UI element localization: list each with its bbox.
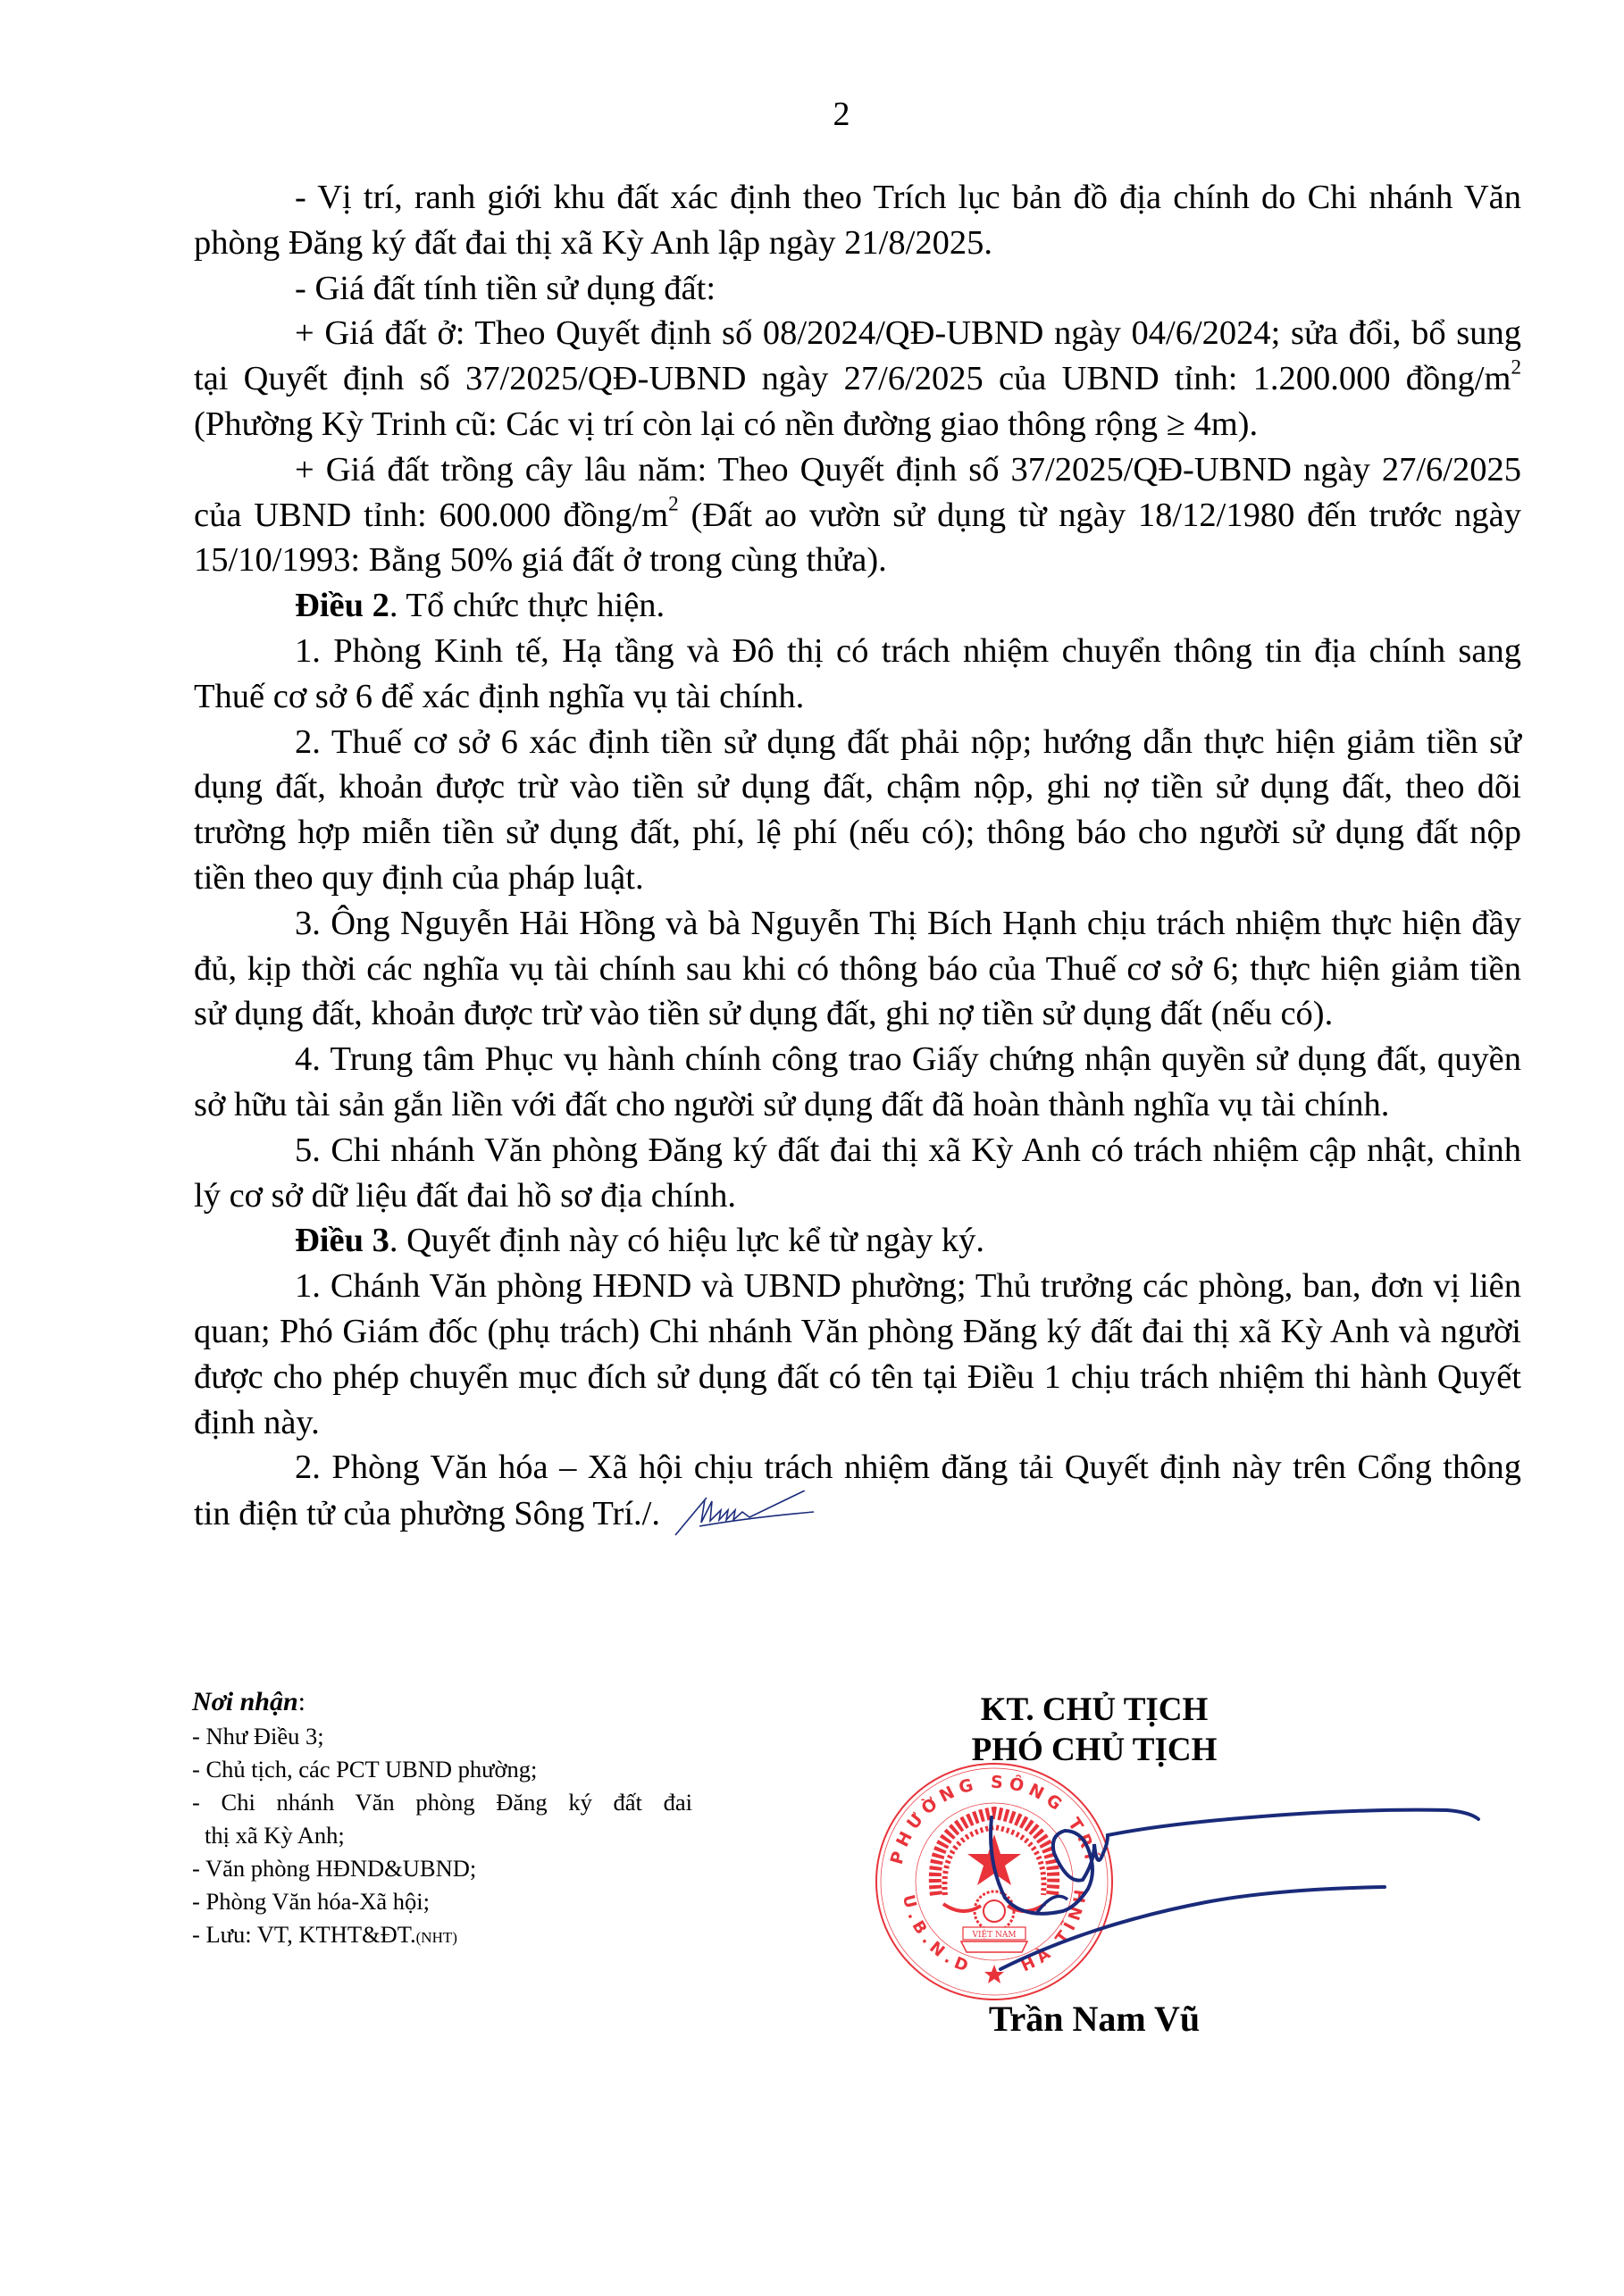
article-3-title: . Quyết định này có hiệu lực kể từ ngày … <box>389 1222 984 1259</box>
recipient-item: - Phòng Văn hóa-Xã hội; <box>192 1885 728 1918</box>
recipient-item-continuation: thị xã Kỳ Anh; <box>192 1819 728 1852</box>
initials-signature-icon <box>671 1490 814 1537</box>
residential-price-note: (Phường Kỳ Trinh cũ: Các vị trí còn lại … <box>194 405 1258 443</box>
document-body: - Vị trí, ranh giới khu đất xác định the… <box>194 175 1521 1537</box>
archive-text: - Lưu: VT, KTHT&ĐT. <box>192 1921 416 1948</box>
article-2-item: 2. Thuế cơ sở 6 xác định tiền sử dụng đấ… <box>194 720 1521 901</box>
archive-code: (NHT) <box>416 1929 457 1946</box>
article-2-label: Điều 2 <box>295 587 389 624</box>
article-3-label: Điều 3 <box>295 1222 389 1259</box>
article-2-title: . Tổ chức thực hiện. <box>389 587 665 624</box>
signer-title-line-1: KT. CHỦ TỊCH <box>893 1690 1295 1730</box>
superscript: 2 <box>1511 355 1521 379</box>
handwritten-signature-icon <box>983 1799 1483 2014</box>
article-2-heading: Điều 2. Tổ chức thực hiện. <box>194 583 1521 629</box>
article-2-item: 1. Phòng Kinh tế, Hạ tầng và Đô thị có t… <box>194 629 1521 720</box>
article-2-item: 3. Ông Nguyễn Hải Hồng và bà Nguyễn Thị … <box>194 901 1521 1037</box>
paragraph-location: - Vị trí, ranh giới khu đất xác định the… <box>194 175 1521 266</box>
superscript: 2 <box>668 491 679 514</box>
article-3-item-text: 2. Phòng Văn hóa – Xã hội chịu trách nhi… <box>194 1449 1521 1532</box>
article-3-heading: Điều 3. Quyết định này có hiệu lực kể từ… <box>194 1218 1521 1264</box>
signer-title-block: KT. CHỦ TỊCH PHÓ CHỦ TỊCH <box>893 1690 1295 1770</box>
paragraph-residential-land-price: + Giá đất ở: Theo Quyết định số 08/2024/… <box>194 311 1521 447</box>
article-2-item: 5. Chi nhánh Văn phòng Đăng ký đất đai t… <box>194 1128 1521 1219</box>
article-2-item: 4. Trung tâm Phục vụ hành chính công tra… <box>194 1037 1521 1128</box>
recipient-item: - Chủ tịch, các PCT UBND phường; <box>192 1753 728 1786</box>
recipient-item: - Như Điều 3; <box>192 1720 728 1753</box>
article-3-item-last: 2. Phòng Văn hóa – Xã hội chịu trách nhi… <box>194 1445 1521 1537</box>
recipients-heading-colon: : <box>298 1687 306 1716</box>
signer-name: Trần Nam Vũ <box>893 1999 1295 2040</box>
paragraph-perennial-land-price: + Giá đất trồng cây lâu năm: Theo Quyết … <box>194 447 1521 583</box>
residential-price-text: + Giá đất ở: Theo Quyết định số 08/2024/… <box>194 314 1521 397</box>
recipients-block: Nơi nhận: - Như Điều 3; - Chủ tịch, các … <box>192 1684 728 1954</box>
page-number: 2 <box>0 96 1624 132</box>
recipients-heading: Nơi nhận: <box>192 1684 728 1720</box>
recipients-heading-text: Nơi nhận <box>192 1687 298 1716</box>
recipient-item: - Văn phòng HĐND&UBND; <box>192 1852 728 1885</box>
recipient-item-archive: - Lưu: VT, KTHT&ĐT.(NHT) <box>192 1918 728 1954</box>
article-3-item: 1. Chánh Văn phòng HĐND và UBND phường; … <box>194 1264 1521 1445</box>
recipient-item: - Chi nhánh Văn phòng Đăng ký đất đai <box>192 1786 692 1819</box>
paragraph-land-price-heading: - Giá đất tính tiền sử dụng đất: <box>194 266 1521 312</box>
